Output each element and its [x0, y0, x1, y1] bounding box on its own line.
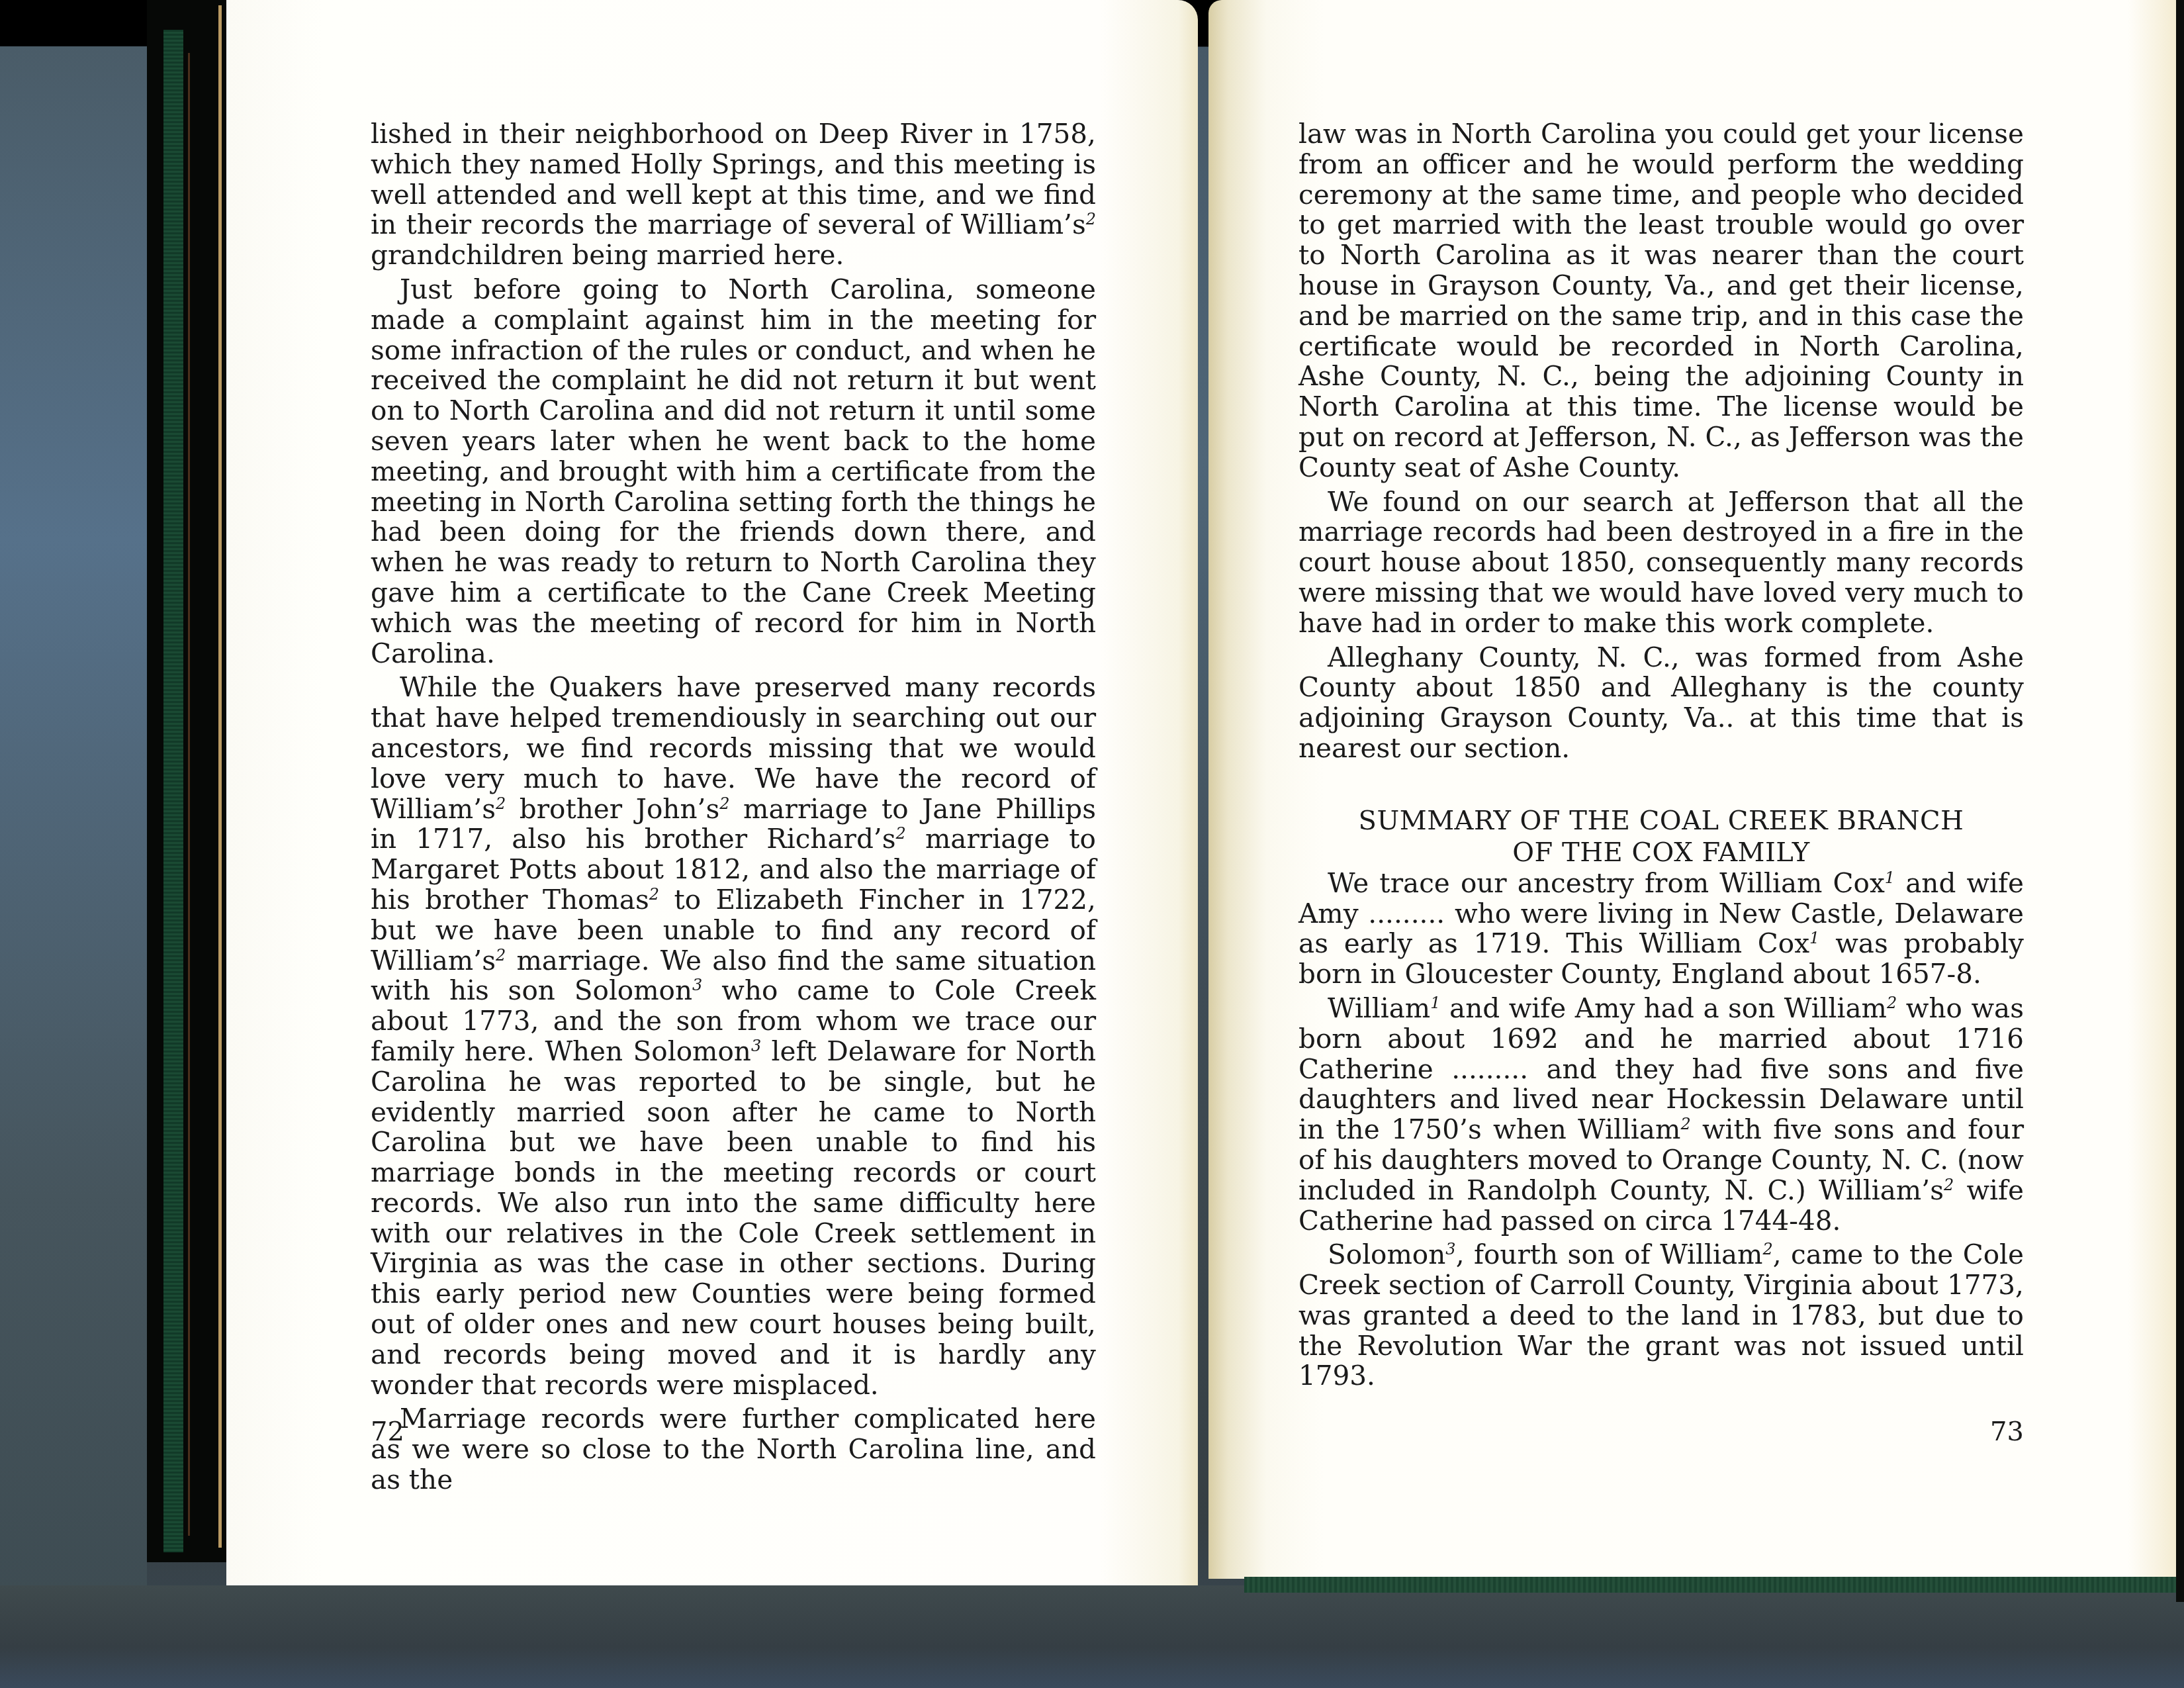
- section-heading: SUMMARY OF THE COAL CREEK BRANCH OF THE …: [1298, 805, 2024, 868]
- page-edge-line: [188, 53, 190, 1536]
- page-number-right: 73: [1990, 1417, 2024, 1447]
- paragraph: William1 and wife Amy had a son William2…: [1298, 994, 2024, 1236]
- paragraph: While the Quakers have preserved many re…: [371, 673, 1096, 1400]
- generation-superscript: 3: [1445, 1240, 1455, 1258]
- cover-edge-right: [2176, 0, 2184, 1602]
- right-page: law was in North Carolina you could get …: [1208, 0, 2176, 1579]
- page-number-left: 72: [371, 1417, 404, 1447]
- generation-superscript: 1: [1885, 868, 1895, 886]
- generation-superscript: 2: [896, 824, 906, 843]
- generation-superscript: 2: [1887, 993, 1897, 1011]
- generation-superscript: 2: [1762, 1240, 1772, 1258]
- section-heading-line1: SUMMARY OF THE COAL CREEK BRANCH: [1359, 806, 1964, 836]
- paragraph: We trace our ancestry from William Cox1 …: [1298, 868, 2024, 990]
- right-page-paragraphs-before: law was in North Carolina you could get …: [1298, 119, 2024, 764]
- right-page-body: law was in North Carolina you could get …: [1298, 119, 2024, 1391]
- paragraph: lished in their neighborhood on Deep Riv…: [371, 119, 1096, 271]
- cloth-binding: [163, 30, 183, 1552]
- generation-superscript: 2: [719, 794, 729, 812]
- left-page-body: lished in their neighborhood on Deep Riv…: [371, 119, 1096, 1495]
- paragraph: Marriage records were further complicate…: [371, 1404, 1096, 1495]
- generation-superscript: 3: [692, 976, 702, 994]
- page-edge-gold: [218, 5, 222, 1548]
- background-left: [0, 46, 147, 1688]
- generation-superscript: 2: [649, 884, 659, 903]
- right-page-paragraphs-after: We trace our ancestry from William Cox1 …: [1298, 868, 2024, 1392]
- paragraph: We found on our search at Jefferson that…: [1298, 487, 2024, 639]
- book-spine-edge: [147, 0, 226, 1562]
- paragraph: Solomon3, fourth son of William2, came t…: [1298, 1240, 2024, 1391]
- generation-superscript: 2: [1944, 1175, 1954, 1194]
- paragraph: law was in North Carolina you could get …: [1298, 119, 2024, 483]
- generation-superscript: 3: [751, 1036, 761, 1055]
- cover-edge-bottom: [1244, 1577, 2177, 1593]
- generation-superscript: 2: [496, 945, 506, 964]
- generation-superscript: 2: [1086, 210, 1096, 228]
- left-page: lished in their neighborhood on Deep Riv…: [226, 0, 1198, 1585]
- generation-superscript: 1: [1809, 929, 1819, 947]
- background-bottom: [0, 1585, 2184, 1688]
- generation-superscript: 2: [1680, 1115, 1690, 1133]
- generation-superscript: 2: [496, 794, 506, 812]
- paragraph: Alleghany County, N. C., was formed from…: [1298, 643, 2024, 764]
- generation-superscript: 1: [1430, 993, 1440, 1011]
- section-heading-line2: OF THE COX FAMILY: [1512, 837, 1809, 868]
- paragraph: Just before going to North Carolina, som…: [371, 275, 1096, 669]
